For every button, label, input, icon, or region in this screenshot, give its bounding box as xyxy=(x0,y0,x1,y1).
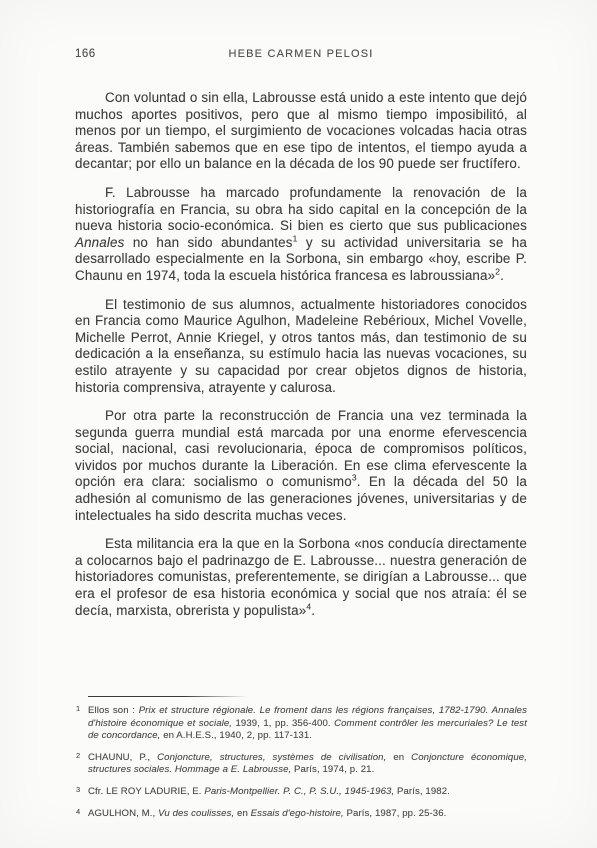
running-header: HEBE CARMEN PELOSI xyxy=(75,48,527,60)
footnote-4-text: París, 1987, pp. 25-36. xyxy=(344,808,447,819)
paragraph-5-text: Esta militancia era la que en la Sorbona… xyxy=(75,536,527,617)
footnote-3: 3Cfr. LE ROY LADURIE, E. Paris-Montpelli… xyxy=(75,786,527,799)
footnote-1-text: 1939, 1, pp. 356-400. xyxy=(232,718,334,729)
footnote-1-text: en A.H.E.S., 1940, 2, pp. 117-131. xyxy=(160,730,312,741)
paragraph-5: Esta militancia era la que en la Sorbona… xyxy=(75,536,527,619)
paragraph-2-text: F. Labrousse ha marcado profundamente la… xyxy=(75,185,527,233)
body-text: Con voluntad o sin ella, Labrousse está … xyxy=(75,90,527,631)
paragraph-2: F. Labrousse ha marcado profundamente la… xyxy=(75,185,527,285)
footnote-2-number: 2 xyxy=(76,750,80,763)
paragraph-2-text: no han sido abundantes xyxy=(124,235,292,250)
footnotes: 1Ellos son : Prix et structure régionale… xyxy=(75,705,527,829)
footnote-1: 1Ellos son : Prix et structure régionale… xyxy=(75,705,527,743)
footnote-4-title: Vu des coulisses, xyxy=(158,808,234,819)
footnote-4-text: en xyxy=(234,808,250,819)
footnote-1-text: Ellos son : xyxy=(88,705,139,716)
footnote-2-text: en xyxy=(386,752,411,763)
paragraph-4: Por otra parte la reconstrucción de Fran… xyxy=(75,408,527,524)
paragraph-3: El testimonio de sus alumnos, actualment… xyxy=(75,297,527,397)
footnote-4-number: 4 xyxy=(76,806,80,819)
footnote-4-title-2: Essais d'ego-histoire, xyxy=(251,808,344,819)
paragraph-1: Con voluntad o sin ella, Labrousse está … xyxy=(75,90,527,173)
scanned-book-page: 166 HEBE CARMEN PELOSI Con voluntad o si… xyxy=(0,0,597,848)
paragraph-2-text: . xyxy=(500,268,504,283)
footnote-2-text: París, 1974, p. 21. xyxy=(291,764,374,775)
footnote-1-number: 1 xyxy=(76,703,80,716)
paragraph-1-text: Con voluntad o sin ella, Labrousse está … xyxy=(75,90,527,171)
footnote-4: 4AGULHON, M., Vu des coulisses, en Essai… xyxy=(75,808,527,821)
footnote-2: 2CHAUNU, P., Conjoncture, structures, sy… xyxy=(75,752,527,777)
footnote-3-title: Paris-Montpellier. P. C., P. S.U., 1945-… xyxy=(204,786,394,797)
footnote-3-text: Cfr. LE ROY LADURIE, E. xyxy=(88,786,204,797)
page-header: 166 HEBE CARMEN PELOSI xyxy=(75,48,527,64)
footnote-separator xyxy=(88,696,248,697)
paragraph-3-text: El testimonio de sus alumnos, actualment… xyxy=(75,297,527,395)
footnote-3-text: París, 1982. xyxy=(394,786,450,797)
footnote-4-text: AGULHON, M., xyxy=(88,808,158,819)
footnote-3-number: 3 xyxy=(76,784,80,797)
footnote-2-text: CHAUNU, P., xyxy=(88,752,157,763)
footnote-2-title: Conjoncture, structures, systèmes de civ… xyxy=(157,752,386,763)
italic-annales: Annales xyxy=(75,235,124,250)
paragraph-5-text: . xyxy=(311,603,315,618)
